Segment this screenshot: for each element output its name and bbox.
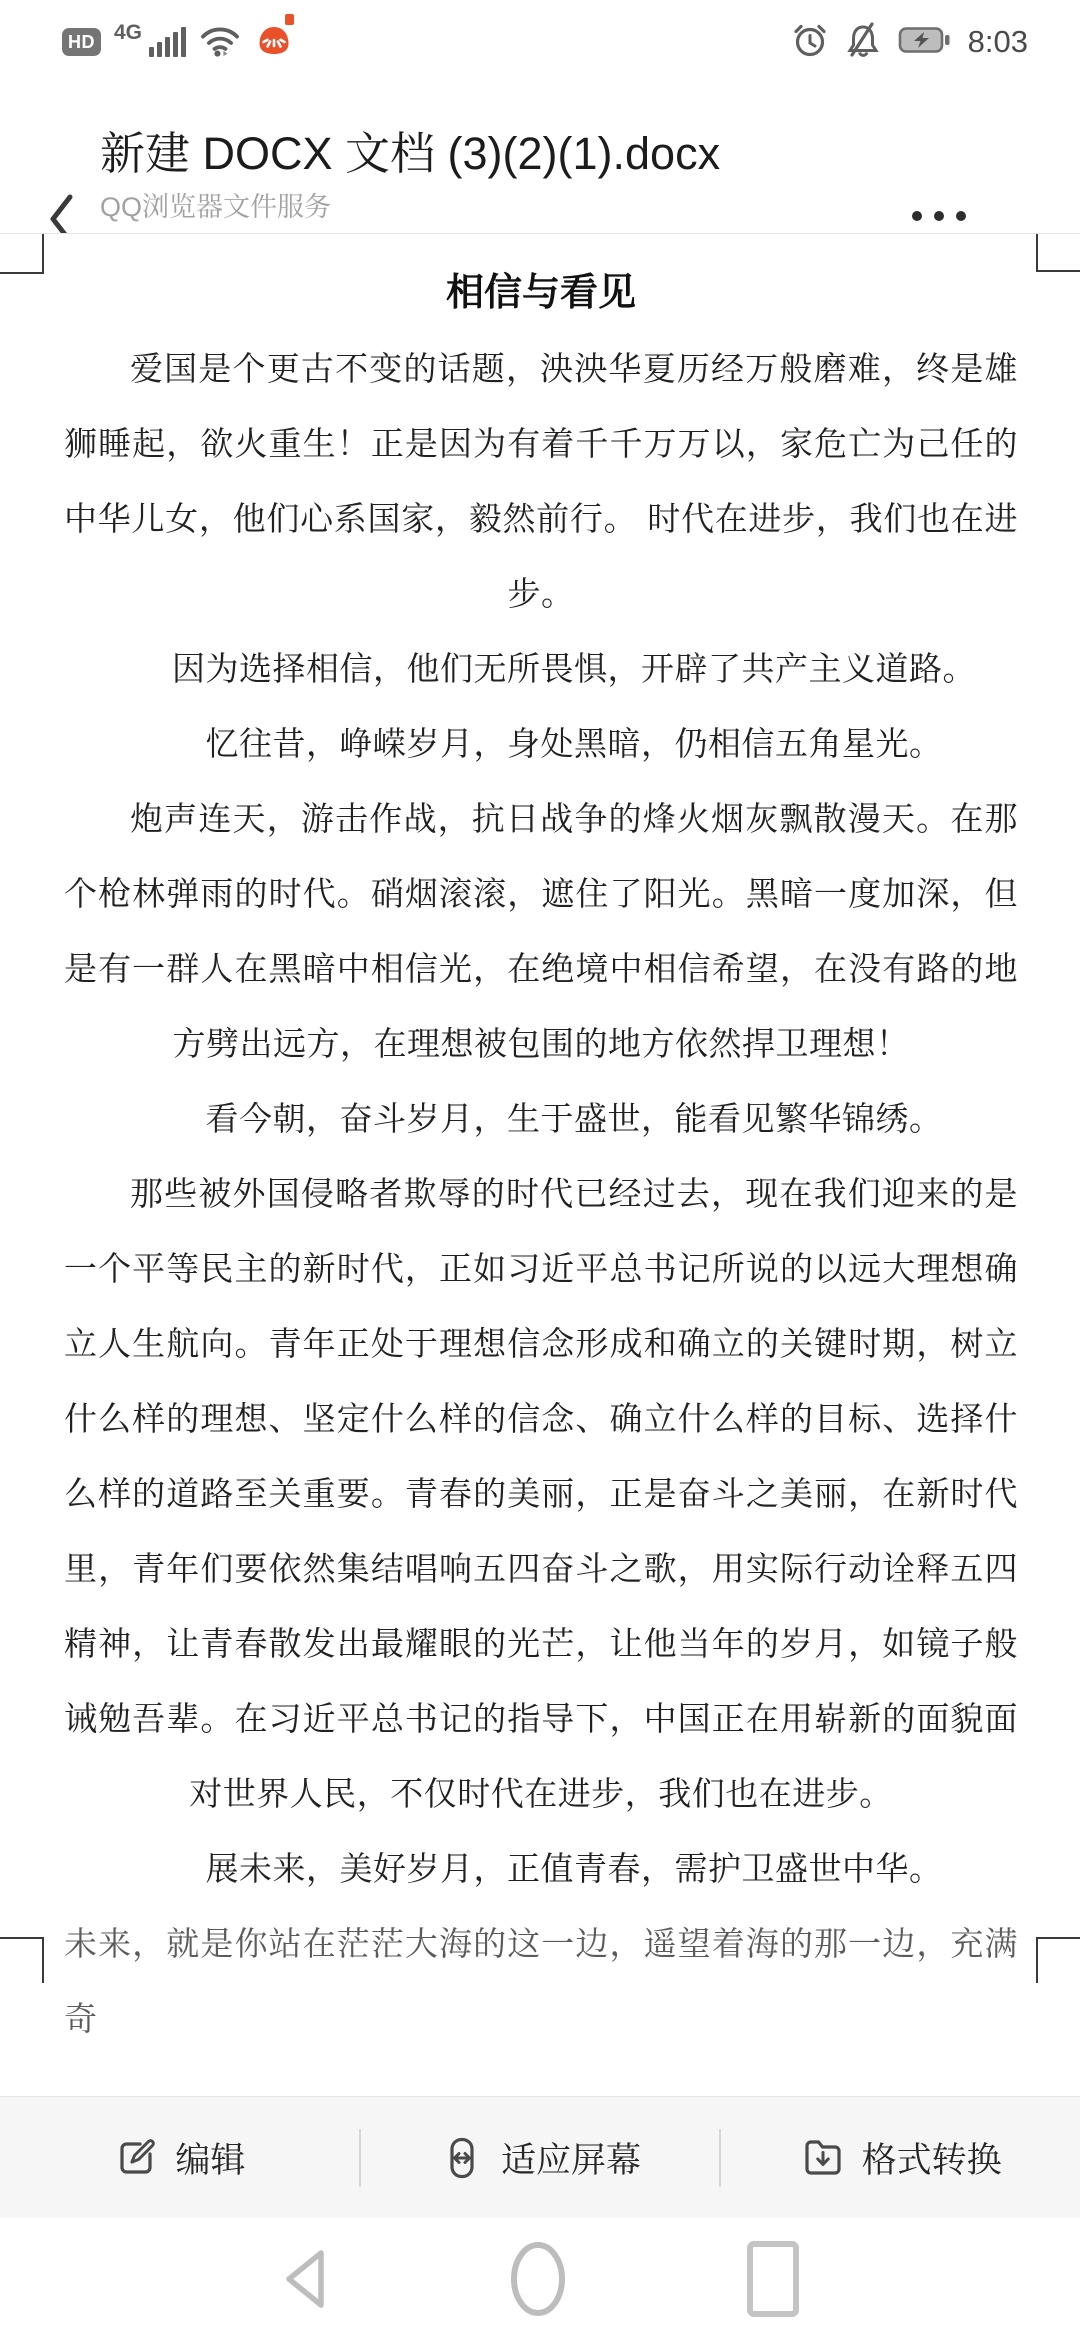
document-paragraph: 爱国是个更古不变的话题，泱泱华夏历经万般磨难，终是雄狮睡起，欲火重生！正是因为有… (64, 331, 1018, 631)
more-dot-icon (956, 211, 966, 221)
nav-back-button[interactable] (279, 2246, 331, 2312)
fit-screen-icon (439, 2135, 485, 2181)
document-page: 相信与看见 爱国是个更古不变的话题，泱泱华夏历经万般磨难，终是雄狮睡起，欲火重生… (0, 234, 1080, 2056)
more-dot-icon (912, 211, 922, 221)
header: 新建 DOCX 文档 (3)(2)(1).docx QQ浏览器文件服务 (0, 70, 1080, 233)
format-convert-button[interactable]: 格式转换 (721, 2133, 1080, 2183)
alarm-icon (792, 22, 828, 63)
edit-icon (113, 2135, 159, 2181)
hd-badge-icon: HD (62, 28, 101, 56)
app-notification-icon (256, 24, 292, 61)
more-dot-icon (934, 211, 944, 221)
document-paragraph: 展未来，美好岁月，正值青春，需护卫盛世中华。 (64, 1831, 1018, 1906)
nav-home-icon (509, 2240, 567, 2318)
network-type-label: 4G (114, 21, 142, 45)
wifi-icon (199, 23, 241, 62)
document-viewer[interactable]: 相信与看见 爱国是个更古不变的话题，泱泱华夏历经万般磨难，终是雄狮睡起，欲火重生… (0, 233, 1080, 2096)
nav-recents-icon (745, 2239, 801, 2319)
status-left-cluster: HD 4G (62, 23, 292, 62)
status-right-cluster: 8:03 (792, 21, 1028, 64)
document-paragraph: 那些被外国侵略者欺辱的时代已经过去，现在我们迎来的是一个平等民主的新时代，正如习… (64, 1156, 1018, 1831)
document-paragraph: 看今朝，奋斗岁月，生于盛世，能看见繁华锦绣。 (64, 1081, 1018, 1156)
edit-button[interactable]: 编辑 (0, 2133, 359, 2183)
document-paragraph: 炮声连天，游击作战，抗日战争的烽火烟灰飘散漫天。在那个枪林弹雨的时代。硝烟滚滚，… (64, 781, 1018, 1081)
mute-icon (844, 21, 882, 64)
document-paragraph: 因为选择相信，他们无所畏惧，开辟了共产主义道路。 (64, 631, 1018, 706)
notification-badge (285, 14, 294, 25)
bottom-toolbar: 编辑 适应屏幕 格式转换 (0, 2096, 1080, 2218)
document-paragraph: 忆往昔，峥嵘岁月，身处黑暗，仍相信五角星光。 (64, 706, 1018, 781)
page-corner-top-left (0, 234, 44, 274)
page-corner-top-right (1036, 234, 1080, 272)
fit-screen-button[interactable]: 适应屏幕 (361, 2133, 720, 2183)
navigation-bar (0, 2218, 1080, 2340)
file-service-subtitle: QQ浏览器文件服务 (100, 190, 720, 224)
battery-charging-icon (898, 26, 952, 59)
fit-screen-label: 适应屏幕 (501, 2133, 641, 2183)
format-convert-icon (800, 2135, 846, 2181)
nav-home-button[interactable] (509, 2240, 567, 2318)
nav-back-icon (279, 2246, 331, 2312)
header-text: 新建 DOCX 文档 (3)(2)(1).docx QQ浏览器文件服务 (100, 126, 720, 224)
document-title: 相信与看见 (64, 256, 1018, 331)
document-paragraph-cutoff: 未来，就是你站在茫茫大海的这一边，遥望着海的那一边，充满奇 (64, 1906, 1018, 2056)
nav-recents-button[interactable] (745, 2239, 801, 2319)
page-corner-bottom-left (0, 1937, 44, 1983)
signal-bars-icon (149, 27, 186, 57)
format-convert-label: 格式转换 (862, 2133, 1002, 2183)
page-corner-bottom-right (1036, 1937, 1080, 1983)
status-bar: HD 4G (0, 0, 1080, 70)
more-menu-button[interactable] (906, 210, 972, 222)
phone-screen: HD 4G (0, 0, 1080, 2340)
clock-time: 8:03 (968, 24, 1028, 60)
edit-label: 编辑 (175, 2133, 245, 2183)
document-filename: 新建 DOCX 文档 (3)(2)(1).docx (100, 126, 720, 182)
